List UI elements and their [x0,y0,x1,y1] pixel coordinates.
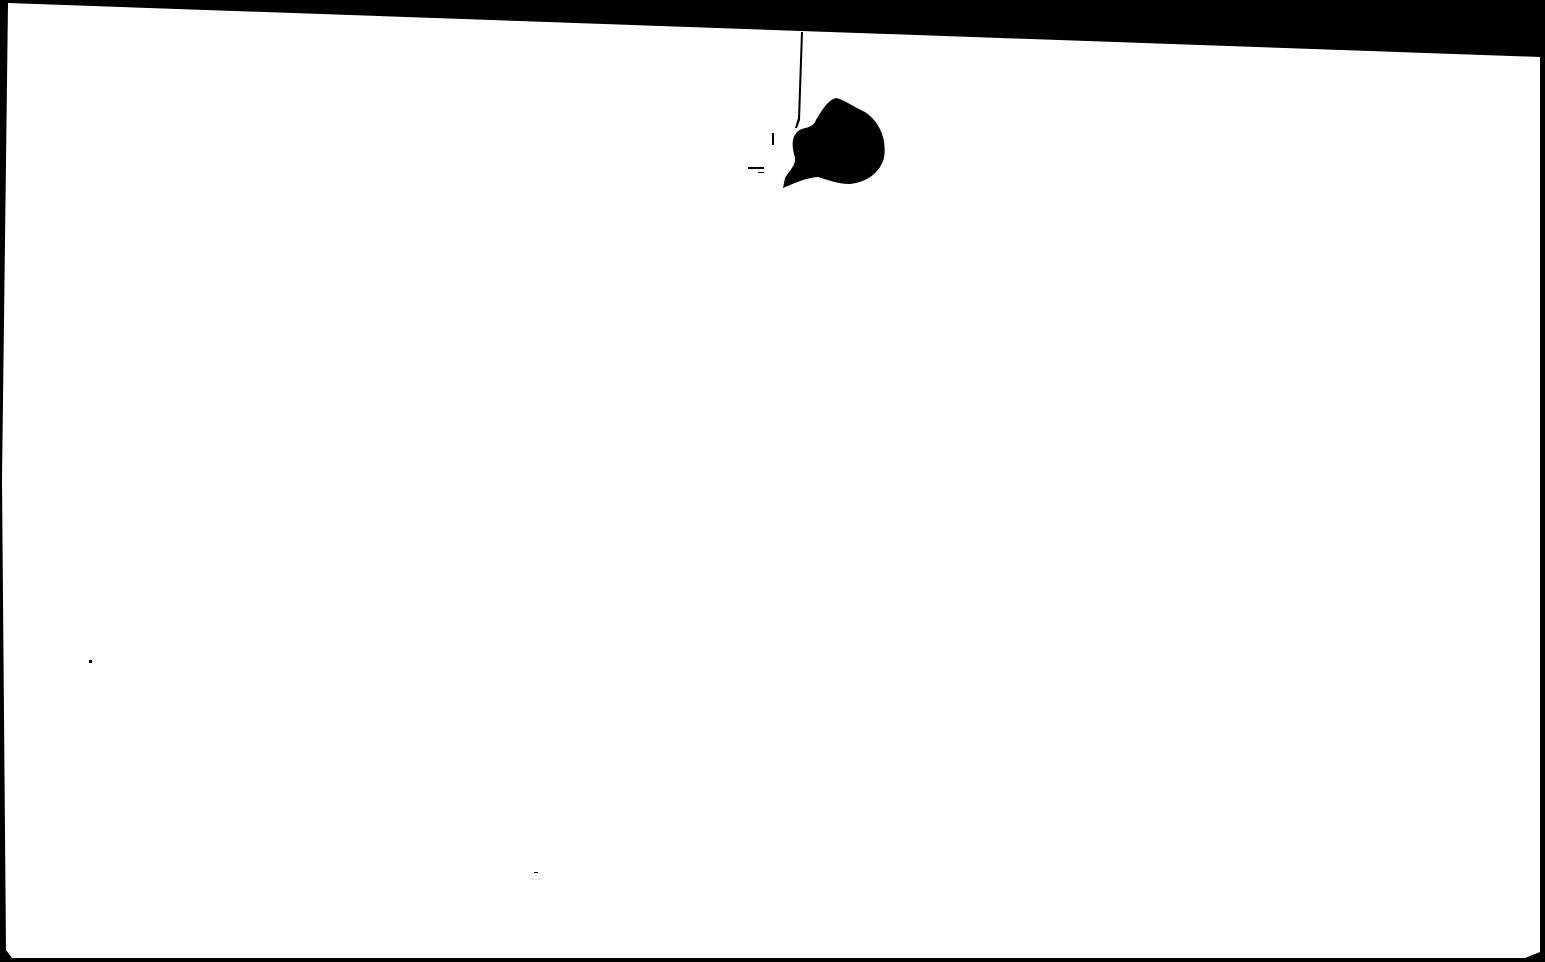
stray-dot [534,872,538,873]
screen-drawing [0,0,1545,962]
white-screen [2,3,1540,958]
stray-dot [89,660,92,663]
stray-mark [758,172,764,173]
photo-scene [0,0,1545,962]
stray-mark [772,133,774,145]
stray-mark [748,167,764,169]
